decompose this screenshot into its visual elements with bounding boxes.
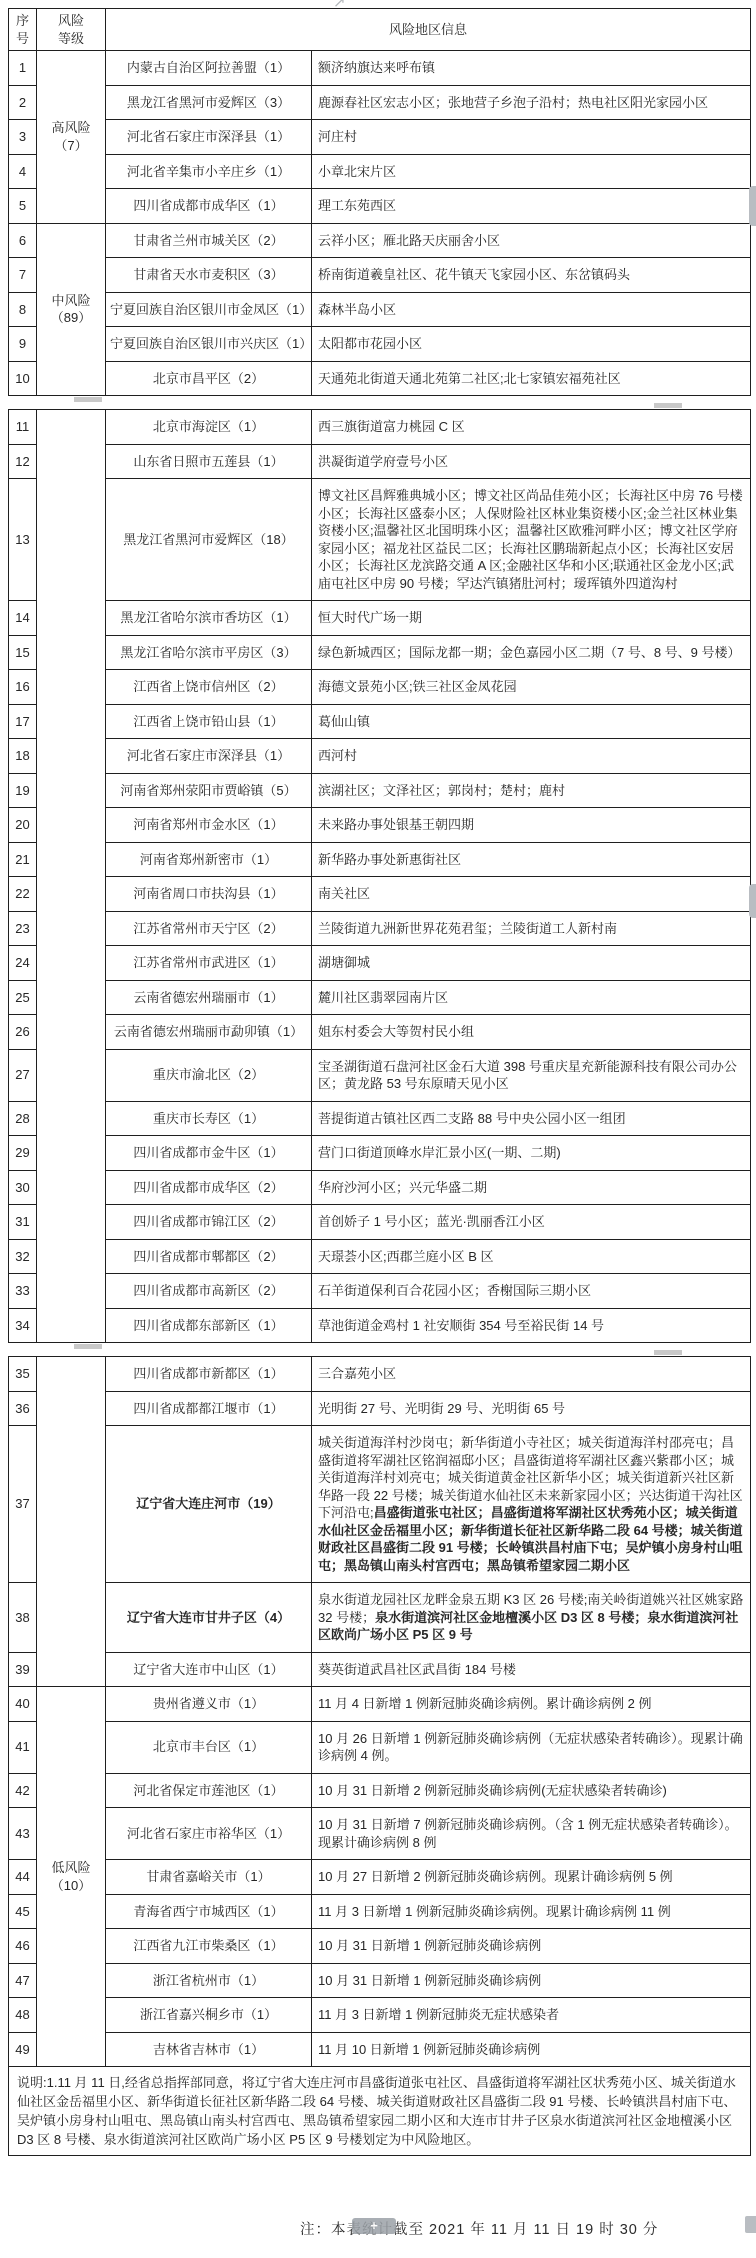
row-number-cell: 49 bbox=[9, 2032, 37, 2067]
table-row: 29四川省成都市金牛区（1）营门口街道顶峰水岸汇景小区(一期、二期) bbox=[9, 1136, 751, 1171]
row-number-cell: 41 bbox=[9, 1721, 37, 1773]
table-row: 34四川省成都东部新区（1）草池街道金鸡村 1 社安顺街 354 号至裕民街 1… bbox=[9, 1308, 751, 1343]
region-detail-cell: 10 月 26 日新增 1 例新冠肺炎确诊病例（无症状感染者转确诊）。现累计确诊… bbox=[312, 1721, 751, 1773]
region-name-cell: 黑龙江省哈尔滨市平房区（3） bbox=[106, 635, 312, 670]
row-number-cell: 19 bbox=[9, 773, 37, 808]
region-detail-cell: 宝圣湖街道石盘河社区金石大道 398 号重庆星充新能源科技有限公司办公区；黄龙路… bbox=[312, 1049, 751, 1101]
region-name-cell: 云南省德宏州瑞丽市勐卯镇（1） bbox=[106, 1015, 312, 1050]
region-detail-cell: 新华路办事处新惠街社区 bbox=[312, 842, 751, 877]
table-row: 33四川省成都市高新区（2）石羊街道保利百合花园小区；香榭国际三期小区 bbox=[9, 1274, 751, 1309]
region-name-cell: 内蒙古自治区阿拉善盟（1） bbox=[106, 51, 312, 86]
region-name-cell: 河北省辛集市小辛庄乡（1） bbox=[106, 154, 312, 189]
row-number-cell: 33 bbox=[9, 1274, 37, 1309]
region-detail-cell: 11 月 10 日新增 1 例新冠肺炎确诊病例 bbox=[312, 2032, 751, 2067]
region-detail-cell: 华府沙河小区；兴元华盛二期 bbox=[312, 1170, 751, 1205]
region-detail-cell: 太阳都市花园小区 bbox=[312, 327, 751, 362]
table-row: 44甘肃省嘉峪关市（1）10 月 27 日新增 2 例新冠肺炎确诊病例。现累计确… bbox=[9, 1860, 751, 1895]
row-number-cell: 44 bbox=[9, 1860, 37, 1895]
region-detail-cell: 葵英街道武昌社区武昌街 184 号楼 bbox=[312, 1652, 751, 1687]
row-number-cell: 31 bbox=[9, 1205, 37, 1240]
footnote-area: 注：本表统计截至 2021 年 11 月 11 日 19 时 30 分 + bbox=[0, 2218, 756, 2258]
row-number-cell: 6 bbox=[9, 223, 37, 258]
table-row: 17江西省上饶市铅山县（1）葛仙山镇 bbox=[9, 704, 751, 739]
risk-table-section-1: 序 号 风险 等级 风险地区信息 1高风险 （7）内蒙古自治区阿拉善盟（1）额济… bbox=[8, 8, 751, 396]
table-row: 41北京市丰台区（1）10 月 26 日新增 1 例新冠肺炎确诊病例（无症状感染… bbox=[9, 1721, 751, 1773]
risk-level-cell bbox=[37, 410, 106, 1343]
page-break-mark bbox=[74, 1344, 102, 1349]
region-name-cell: 四川省成都东部新区（1） bbox=[106, 1308, 312, 1343]
row-number-cell: 16 bbox=[9, 670, 37, 705]
row-number-cell: 2 bbox=[9, 85, 37, 120]
region-name-cell: 河南省郑州新密市（1） bbox=[106, 842, 312, 877]
region-detail-cell: 绿色新城西区；国际龙都一期；金色嘉园小区二期（7 号、8 号、9 号楼） bbox=[312, 635, 751, 670]
region-name-cell: 甘肃省天水市麦积区（3） bbox=[106, 258, 312, 293]
table-row: 32四川省成都市郫都区（2）天璟荟小区;西郡兰庭小区 B 区 bbox=[9, 1239, 751, 1274]
region-detail-cell: 桥南街道羲皇社区、花牛镇天飞家园小区、东岔镇码头 bbox=[312, 258, 751, 293]
region-detail-cell: 营门口街道顶峰水岸汇景小区(一期、二期) bbox=[312, 1136, 751, 1171]
row-number-cell: 35 bbox=[9, 1357, 37, 1392]
region-detail-cell: 姐东村委会大等贺村民小组 bbox=[312, 1015, 751, 1050]
region-name-cell: 河北省石家庄市深泽县（1） bbox=[106, 739, 312, 774]
row-number-cell: 24 bbox=[9, 946, 37, 981]
explanation-note-row: 说明:1.11 月 11 日,经省总指挥部同意，将辽宁省大连庄河市昌盛街道张屯社… bbox=[9, 2067, 751, 2156]
table-row: 47浙江省杭州市（1）10 月 31 日新增 1 例新冠肺炎确诊病例 bbox=[9, 1963, 751, 1998]
table-row: 15黑龙江省哈尔滨市平房区（3）绿色新城西区；国际龙都一期；金色嘉园小区二期（7… bbox=[9, 635, 751, 670]
row-number-cell: 10 bbox=[9, 361, 37, 396]
region-detail-cell: 10 月 31 日新增 1 例新冠肺炎确诊病例 bbox=[312, 1929, 751, 1964]
row-number-cell: 15 bbox=[9, 635, 37, 670]
region-detail-cell: 西河村 bbox=[312, 739, 751, 774]
row-number-cell: 27 bbox=[9, 1049, 37, 1101]
table-row: 说明:1.11 月 11 日,经省总指挥部同意，将辽宁省大连庄河市昌盛街道张屯社… bbox=[9, 2067, 751, 2156]
region-detail-cell: 光明街 27 号、光明街 29 号、光明街 65 号 bbox=[312, 1391, 751, 1426]
row-number-cell: 14 bbox=[9, 601, 37, 636]
region-name-cell: 河北省保定市莲池区（1） bbox=[106, 1773, 312, 1808]
region-detail-cell: 洪凝街道学府壹号小区 bbox=[312, 444, 751, 479]
header-row: 序 号 风险 等级 风险地区信息 bbox=[9, 9, 751, 51]
table-row: 12山东省日照市五莲县（1）洪凝街道学府壹号小区 bbox=[9, 444, 751, 479]
row-number-cell: 38 bbox=[9, 1583, 37, 1653]
region-detail-cell: 滨湖社区；文泽社区；郭岗村；楚村；鹿村 bbox=[312, 773, 751, 808]
row-number-cell: 45 bbox=[9, 1894, 37, 1929]
table-row: 23江苏省常州市天宁区（2）兰陵街道九洲新世界花苑君玺；兰陵街道工人新村南 bbox=[9, 911, 751, 946]
region-name-cell: 重庆市长寿区（1） bbox=[106, 1101, 312, 1136]
risk-level-cell: 低风险 （10） bbox=[37, 1687, 106, 2067]
risk-area-document: 序 号 风险 等级 风险地区信息 1高风险 （7）内蒙古自治区阿拉善盟（1）额济… bbox=[0, 0, 756, 2156]
row-number-cell: 48 bbox=[9, 1998, 37, 2033]
region-detail-cell: 恒大时代广场一期 bbox=[312, 601, 751, 636]
region-name-cell: 甘肃省嘉峪关市（1） bbox=[106, 1860, 312, 1895]
region-name-cell: 四川省成都都江堰市（1） bbox=[106, 1391, 312, 1426]
stray-arrow-artifact: ↗ bbox=[333, 0, 346, 11]
region-detail-cell: 天璟荟小区;西郡兰庭小区 B 区 bbox=[312, 1239, 751, 1274]
row-number-cell: 9 bbox=[9, 327, 37, 362]
region-name-cell: 四川省成都市高新区（2） bbox=[106, 1274, 312, 1309]
row-number-cell: 20 bbox=[9, 808, 37, 843]
region-name-cell: 江苏省常州市天宁区（2） bbox=[106, 911, 312, 946]
region-detail-cell: 麓川社区翡翠园南片区 bbox=[312, 980, 751, 1015]
page-break-mark bbox=[654, 1350, 682, 1355]
region-detail-cell: 11 月 4 日新增 1 例新冠肺炎确诊病例。累计确诊病例 2 例 bbox=[312, 1687, 751, 1722]
table-row: 1高风险 （7）内蒙古自治区阿拉善盟（1）额济纳旗达来呼布镇 bbox=[9, 51, 751, 86]
row-number-cell: 5 bbox=[9, 189, 37, 224]
region-detail-cell: 草池街道金鸡村 1 社安顺街 354 号至裕民街 14 号 bbox=[312, 1308, 751, 1343]
region-name-cell: 江苏省常州市武进区（1） bbox=[106, 946, 312, 981]
row-number-cell: 28 bbox=[9, 1101, 37, 1136]
region-name-cell: 浙江省嘉兴桐乡市（1） bbox=[106, 1998, 312, 2033]
scrollbar-thumb[interactable] bbox=[749, 186, 756, 226]
region-name-cell: 四川省成都市成华区（1） bbox=[106, 189, 312, 224]
region-name-cell: 辽宁省大连市中山区（1） bbox=[106, 1652, 312, 1687]
row-number-cell: 21 bbox=[9, 842, 37, 877]
row-number-cell: 11 bbox=[9, 410, 37, 445]
region-detail-cell: 10 月 31 日新增 7 例新冠肺炎确诊病例。（含 1 例无症状感染者转确诊）… bbox=[312, 1808, 751, 1860]
page-break-gap bbox=[8, 396, 750, 409]
page-break-mark bbox=[654, 403, 682, 408]
table-row: 27重庆市渝北区（2）宝圣湖街道石盘河社区金石大道 398 号重庆星充新能源科技… bbox=[9, 1049, 751, 1101]
region-detail-cell: 首创娇子 1 号小区；蓝光·凯丽香江小区 bbox=[312, 1205, 751, 1240]
region-name-cell: 云南省德宏州瑞丽市（1） bbox=[106, 980, 312, 1015]
region-name-cell: 四川省成都市成华区（2） bbox=[106, 1170, 312, 1205]
region-detail-cell: 森林半岛小区 bbox=[312, 292, 751, 327]
region-name-cell: 河南省郑州市金水区（1） bbox=[106, 808, 312, 843]
region-name-cell: 浙江省杭州市（1） bbox=[106, 1963, 312, 1998]
row-number-cell: 3 bbox=[9, 120, 37, 155]
region-detail-cell: 小章北宋片区 bbox=[312, 154, 751, 189]
region-name-cell: 青海省西宁市城西区（1） bbox=[106, 1894, 312, 1929]
region-detail-cell: 10 月 31 日新增 2 例新冠肺炎确诊病例(无症状感染者转确诊) bbox=[312, 1773, 751, 1808]
row-number-cell: 42 bbox=[9, 1773, 37, 1808]
row-number-cell: 29 bbox=[9, 1136, 37, 1171]
region-detail-cell: 10 月 27 日新增 2 例新冠肺炎确诊病例。现累计确诊病例 5 例 bbox=[312, 1860, 751, 1895]
table-row: 46江西省九江市柴桑区（1）10 月 31 日新增 1 例新冠肺炎确诊病例 bbox=[9, 1929, 751, 1964]
region-name-cell: 河南省郑州荥阳市贾峪镇（5） bbox=[106, 773, 312, 808]
edge-chip-artifact bbox=[745, 2216, 756, 2233]
header-serial-number: 序 号 bbox=[9, 9, 37, 51]
region-name-cell: 河南省周口市扶沟县（1） bbox=[106, 877, 312, 912]
table-row: 45青海省西宁市城西区（1）11 月 3 日新增 1 例新冠肺炎确诊病例。现累计… bbox=[9, 1894, 751, 1929]
region-detail-cell: 菩提街道古镇社区西二支路 88 号中央公园小区一组团 bbox=[312, 1101, 751, 1136]
header-risk-level: 风险 等级 bbox=[37, 9, 106, 51]
region-name-cell: 北京市昌平区（2） bbox=[106, 361, 312, 396]
table-row: 5四川省成都市成华区（1）理工东苑西区 bbox=[9, 189, 751, 224]
table-row: 40低风险 （10）贵州省遵义市（1）11 月 4 日新增 1 例新冠肺炎确诊病… bbox=[9, 1687, 751, 1722]
table-row: 39辽宁省大连市中山区（1）葵英街道武昌社区武昌街 184 号楼 bbox=[9, 1652, 751, 1687]
row-number-cell: 17 bbox=[9, 704, 37, 739]
table-row: 16江西省上饶市信州区（2）海德文景苑小区;铁三社区金凤花园 bbox=[9, 670, 751, 705]
region-name-cell: 江西省上饶市铅山县（1） bbox=[106, 704, 312, 739]
region-detail-cell: 鹿源春社区宏志小区；张地营子乡泡子沿村；热电社区阳光家园小区 bbox=[312, 85, 751, 120]
region-name-cell: 贵州省遵义市（1） bbox=[106, 1687, 312, 1722]
region-name-cell: 河北省石家庄市深泽县（1） bbox=[106, 120, 312, 155]
row-number-cell: 18 bbox=[9, 739, 37, 774]
row-number-cell: 22 bbox=[9, 877, 37, 912]
row-number-cell: 34 bbox=[9, 1308, 37, 1343]
row-number-cell: 7 bbox=[9, 258, 37, 293]
region-name-cell: 北京市丰台区（1） bbox=[106, 1721, 312, 1773]
row-number-cell: 8 bbox=[9, 292, 37, 327]
row-number-cell: 47 bbox=[9, 1963, 37, 1998]
region-name-cell: 辽宁省大连市甘井子区（4） bbox=[106, 1583, 312, 1653]
table-row: 26云南省德宏州瑞丽市勐卯镇（1）姐东村委会大等贺村民小组 bbox=[9, 1015, 751, 1050]
row-number-cell: 30 bbox=[9, 1170, 37, 1205]
table-row: 22河南省周口市扶沟县（1）南关社区 bbox=[9, 877, 751, 912]
region-detail-cell: 未来路办事处银基王朝四期 bbox=[312, 808, 751, 843]
region-name-cell: 重庆市渝北区（2） bbox=[106, 1049, 312, 1101]
region-detail-cell: 11 月 3 日新增 1 例新冠肺炎无症状感染者 bbox=[312, 1998, 751, 2033]
region-detail-cell: 城关街道海洋村沙岗屯；新华街道小寺社区；城关街道海洋村邵亮屯；昌盛街道将军湖社区… bbox=[312, 1426, 751, 1583]
region-name-cell: 江西省九江市柴桑区（1） bbox=[106, 1929, 312, 1964]
region-name-cell: 宁夏回族自治区银川市兴庆区（1） bbox=[106, 327, 312, 362]
row-number-cell: 4 bbox=[9, 154, 37, 189]
row-number-cell: 25 bbox=[9, 980, 37, 1015]
region-detail-cell: 11 月 3 日新增 1 例新冠肺炎确诊病例。现累计确诊病例 11 例 bbox=[312, 1894, 751, 1929]
row-number-cell: 13 bbox=[9, 479, 37, 601]
region-detail-cell: 海德文景苑小区;铁三社区金凤花园 bbox=[312, 670, 751, 705]
row-number-cell: 43 bbox=[9, 1808, 37, 1860]
table-row: 2黑龙江省黑河市爱辉区（3）鹿源春社区宏志小区；张地营子乡泡子沿村；热电社区阳光… bbox=[9, 85, 751, 120]
table-row: 6中风险 （89）甘肃省兰州市城关区（2）云祥小区；雁北路天庆丽舍小区 bbox=[9, 223, 751, 258]
risk-table-section-3: 35四川省成都市新都区（1）三合嘉苑小区36四川省成都都江堰市（1）光明街 27… bbox=[8, 1356, 751, 2156]
row-number-cell: 39 bbox=[9, 1652, 37, 1687]
region-name-cell: 黑龙江省哈尔滨市香坊区（1） bbox=[106, 601, 312, 636]
table-row: 42河北省保定市莲池区（1）10 月 31 日新增 2 例新冠肺炎确诊病例(无症… bbox=[9, 1773, 751, 1808]
region-detail-cell: 云祥小区；雁北路天庆丽舍小区 bbox=[312, 223, 751, 258]
row-number-cell: 23 bbox=[9, 911, 37, 946]
table-row: 31四川省成都市锦江区（2）首创娇子 1 号小区；蓝光·凯丽香江小区 bbox=[9, 1205, 751, 1240]
row-number-cell: 37 bbox=[9, 1426, 37, 1583]
region-detail-cell: 河庄村 bbox=[312, 120, 751, 155]
region-detail-cell: 三合嘉苑小区 bbox=[312, 1357, 751, 1392]
region-name-cell: 辽宁省大连庄河市（19） bbox=[106, 1426, 312, 1583]
table-row: 28重庆市长寿区（1）菩提街道古镇社区西二支路 88 号中央公园小区一组团 bbox=[9, 1101, 751, 1136]
table-row: 49吉林省吉林市（1）11 月 10 日新增 1 例新冠肺炎确诊病例 bbox=[9, 2032, 751, 2067]
region-detail-cell: 石羊街道保利百合花园小区；香榭国际三期小区 bbox=[312, 1274, 751, 1309]
region-name-cell: 吉林省吉林市（1） bbox=[106, 2032, 312, 2067]
risk-level-cell bbox=[37, 1357, 106, 1687]
region-detail-cell: 兰陵街道九洲新世界花苑君玺；兰陵街道工人新村南 bbox=[312, 911, 751, 946]
region-detail-cell: 泉水街道龙园社区龙畔金泉五期 K3 区 26 号楼;南关岭街道姚兴社区姚家路 3… bbox=[312, 1583, 751, 1653]
table-row: 35四川省成都市新都区（1）三合嘉苑小区 bbox=[9, 1357, 751, 1392]
risk-level-cell: 中风险 （89） bbox=[37, 223, 106, 396]
table-row: 30四川省成都市成华区（2）华府沙河小区；兴元华盛二期 bbox=[9, 1170, 751, 1205]
region-name-cell: 四川省成都市郫都区（2） bbox=[106, 1239, 312, 1274]
region-name-cell: 四川省成都市锦江区（2） bbox=[106, 1205, 312, 1240]
table-row: 8宁夏回族自治区银川市金凤区（1）森林半岛小区 bbox=[9, 292, 751, 327]
region-detail-cell: 湖塘御城 bbox=[312, 946, 751, 981]
table-row: 7甘肃省天水市麦积区（3）桥南街道羲皇社区、花牛镇天飞家园小区、东岔镇码头 bbox=[9, 258, 751, 293]
table-row: 10北京市昌平区（2）天通苑北街道天通北苑第二社区;北七家镇宏福苑社区 bbox=[9, 361, 751, 396]
table-row: 14黑龙江省哈尔滨市香坊区（1）恒大时代广场一期 bbox=[9, 601, 751, 636]
row-number-cell: 36 bbox=[9, 1391, 37, 1426]
table-row: 36四川省成都都江堰市（1）光明街 27 号、光明街 29 号、光明街 65 号 bbox=[9, 1391, 751, 1426]
region-detail-cell: 葛仙山镇 bbox=[312, 704, 751, 739]
row-number-cell: 12 bbox=[9, 444, 37, 479]
row-number-cell: 40 bbox=[9, 1687, 37, 1722]
region-name-cell: 四川省成都市金牛区（1） bbox=[106, 1136, 312, 1171]
table-row: 21河南省郑州新密市（1）新华路办事处新惠街社区 bbox=[9, 842, 751, 877]
table-row: 38辽宁省大连市甘井子区（4）泉水街道龙园社区龙畔金泉五期 K3 区 26 号楼… bbox=[9, 1583, 751, 1653]
table-row: 19河南省郑州荥阳市贾峪镇（5）滨湖社区；文泽社区；郭岗村；楚村；鹿村 bbox=[9, 773, 751, 808]
region-name-cell: 北京市海淀区（1） bbox=[106, 410, 312, 445]
page-break-mark bbox=[74, 397, 102, 402]
table-row: 25云南省德宏州瑞丽市（1）麓川社区翡翠园南片区 bbox=[9, 980, 751, 1015]
region-name-cell: 四川省成都市新都区（1） bbox=[106, 1357, 312, 1392]
region-detail-cell: 理工东苑西区 bbox=[312, 189, 751, 224]
table-row: 11北京市海淀区（1）西三旗街道富力桃园 C 区 bbox=[9, 410, 751, 445]
plus-cursor-badge: + bbox=[352, 2218, 396, 2234]
region-name-cell: 河北省石家庄市裕华区（1） bbox=[106, 1808, 312, 1860]
region-name-cell: 江西省上饶市信州区（2） bbox=[106, 670, 312, 705]
table-row: 9宁夏回族自治区银川市兴庆区（1）太阳都市花园小区 bbox=[9, 327, 751, 362]
table-row: 43河北省石家庄市裕华区（1）10 月 31 日新增 7 例新冠肺炎确诊病例。（… bbox=[9, 1808, 751, 1860]
scrollbar-thumb[interactable] bbox=[749, 884, 756, 918]
region-detail-cell: 西三旗街道富力桃园 C 区 bbox=[312, 410, 751, 445]
region-name-cell: 宁夏回族自治区银川市金凤区（1） bbox=[106, 292, 312, 327]
row-number-cell: 1 bbox=[9, 51, 37, 86]
region-detail-cell: 10 月 31 日新增 1 例新冠肺炎确诊病例 bbox=[312, 1963, 751, 1998]
row-number-cell: 26 bbox=[9, 1015, 37, 1050]
region-detail-cell: 天通苑北街道天通北苑第二社区;北七家镇宏福苑社区 bbox=[312, 361, 751, 396]
row-number-cell: 32 bbox=[9, 1239, 37, 1274]
table-row: 3河北省石家庄市深泽县（1）河庄村 bbox=[9, 120, 751, 155]
table-row: 24江苏省常州市武进区（1）湖塘御城 bbox=[9, 946, 751, 981]
risk-table-section-2: 11北京市海淀区（1）西三旗街道富力桃园 C 区12山东省日照市五莲县（1）洪凝… bbox=[8, 409, 751, 1343]
region-name-cell: 黑龙江省黑河市爱辉区（18） bbox=[106, 479, 312, 601]
header-risk-area-info: 风险地区信息 bbox=[106, 9, 751, 51]
region-detail-cell: 南关社区 bbox=[312, 877, 751, 912]
region-detail-cell: 额济纳旗达来呼布镇 bbox=[312, 51, 751, 86]
risk-level-cell: 高风险 （7） bbox=[37, 51, 106, 224]
table-row: 18河北省石家庄市深泽县（1）西河村 bbox=[9, 739, 751, 774]
table-row: 13黑龙江省黑河市爱辉区（18）博文社区昌辉雅典城小区；博文社区尚品佳苑小区；长… bbox=[9, 479, 751, 601]
region-name-cell: 甘肃省兰州市城关区（2） bbox=[106, 223, 312, 258]
region-name-cell: 黑龙江省黑河市爱辉区（3） bbox=[106, 85, 312, 120]
page-break-gap bbox=[8, 1343, 750, 1356]
table-row: 20河南省郑州市金水区（1）未来路办事处银基王朝四期 bbox=[9, 808, 751, 843]
table-row: 37辽宁省大连庄河市（19）城关街道海洋村沙岗屯；新华街道小寺社区；城关街道海洋… bbox=[9, 1426, 751, 1583]
table-row: 48浙江省嘉兴桐乡市（1）11 月 3 日新增 1 例新冠肺炎无症状感染者 bbox=[9, 1998, 751, 2033]
row-number-cell: 46 bbox=[9, 1929, 37, 1964]
region-detail-cell: 博文社区昌辉雅典城小区；博文社区尚品佳苑小区；长海社区中房 76 号楼小区；长海… bbox=[312, 479, 751, 601]
region-name-cell: 山东省日照市五莲县（1） bbox=[106, 444, 312, 479]
table-row: 4河北省辛集市小辛庄乡（1）小章北宋片区 bbox=[9, 154, 751, 189]
